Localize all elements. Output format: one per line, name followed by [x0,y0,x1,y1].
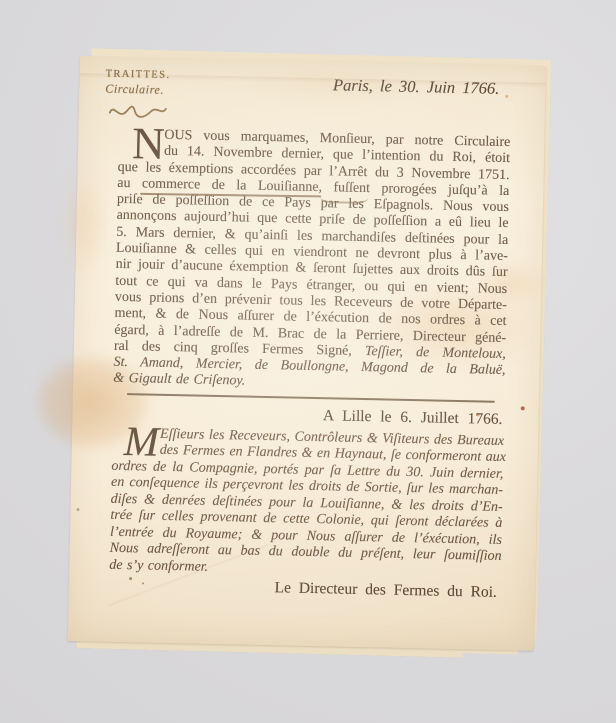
ink-speck [76,508,79,511]
paper-front-sheet: TRAITTES. Circulaire. Paris, le 30. Juin… [68,56,546,651]
dropcap-letter: N [132,127,165,161]
dateline-lille: A Lille le 6. Juillet 1766. [112,402,504,430]
dropcap-letter: M [124,426,160,460]
printed-text-block: Paris, le 30. Juin 1766. NOUS vous marqu… [109,57,512,603]
ink-speck [521,406,525,410]
photographed-document: TRAITTES. Circulaire. Paris, le 30. Juin… [68,56,546,651]
stain [59,168,109,281]
dateline-paris: Paris, le 30. Juin 1766. [119,71,511,99]
paragraph-paris-circular: NOUS vous marquames, Monſieur, par notre… [113,127,510,396]
paragraph-lille-order: MEſſieurs les Receveurs, Contrôleurs & V… [109,426,504,583]
